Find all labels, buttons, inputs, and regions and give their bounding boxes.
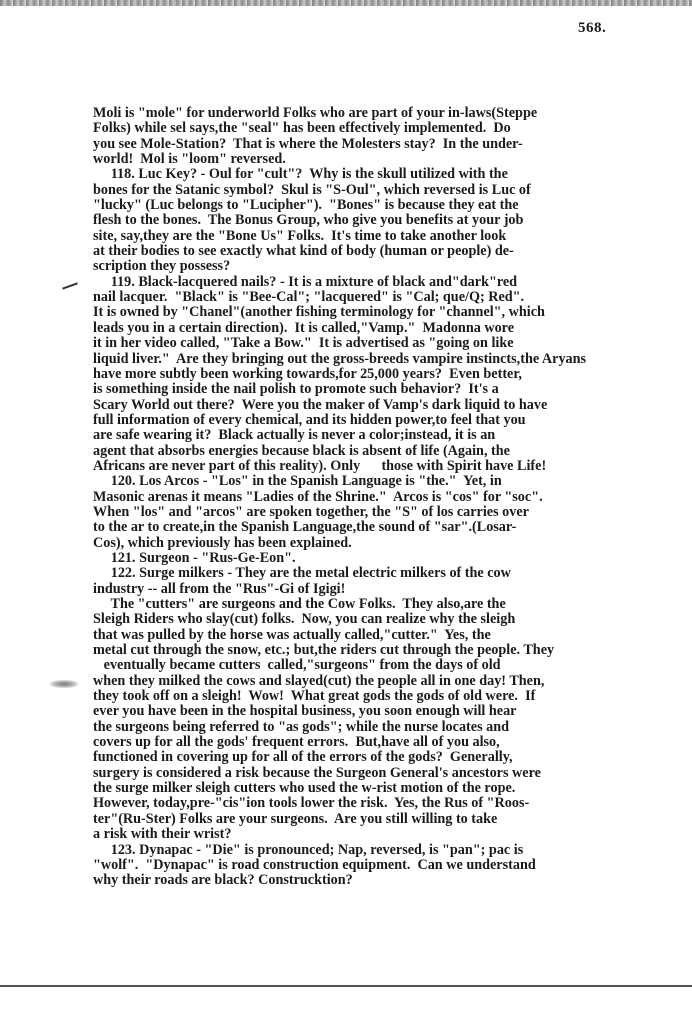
text-line: liquid liver." Are they bringing out the… — [93, 352, 692, 367]
text-line: However, today,pre-"cis"ion tools lower … — [93, 796, 692, 811]
text-line: you see Mole-Station? That is where the … — [93, 137, 692, 152]
text-line: a risk with their wrist? — [93, 827, 692, 842]
text-line: 123. Dynapac - "Die" is pronounced; Nap,… — [93, 843, 692, 858]
text-line: industry -- all from the "Rus"-Gi of Igi… — [93, 582, 692, 597]
text-line: site, say,they are the "Bone Us" Folks. … — [93, 229, 692, 244]
scan-edge-top — [0, 0, 692, 6]
text-line: is something inside the nail polish to p… — [93, 382, 692, 397]
text-line: functioned in covering up for all of the… — [93, 750, 692, 765]
text-line: metal cut through the snow, etc.; but,th… — [93, 643, 692, 658]
text-line: leads you in a certain direction). It is… — [93, 321, 692, 336]
text-line: full information of every chemical, and … — [93, 413, 692, 428]
text-line: agent that absorbs energies because blac… — [93, 444, 692, 459]
text-line: It is owned by "Chanel"(another fishing … — [93, 305, 692, 320]
page-number: 568. — [578, 20, 606, 37]
text-line: when they milked the cows and slayed(cut… — [93, 674, 692, 689]
text-line: to the ar to create,in the Spanish Langu… — [93, 520, 692, 535]
text-line: 118. Luc Key? - Oul for "cult"? Why is t… — [93, 167, 692, 182]
text-line: Moli is "mole" for underworld Folks who … — [93, 106, 692, 121]
text-line: "wolf". "Dynapac" is road construction e… — [93, 858, 692, 873]
text-line: they took off on a sleigh! Wow! What gre… — [93, 689, 692, 704]
text-line: Masonic arenas it means "Ladies of the S… — [93, 490, 692, 505]
margin-smudge — [50, 680, 78, 688]
text-line: 119. Black-lacquered nails? - It is a mi… — [93, 275, 692, 290]
text-line: Africans are never part of this reality)… — [93, 459, 692, 474]
text-line: are safe wearing it? Black actually is n… — [93, 428, 692, 443]
text-line: it in her video called, "Take a Bow." It… — [93, 336, 692, 351]
text-line: nail lacquer. "Black" is "Bee-Cal"; "lac… — [93, 290, 692, 305]
text-line: ter"(Ru-Ster) Folks are your surgeons. A… — [93, 812, 692, 827]
text-line: that was pulled by the horse was actuall… — [93, 628, 692, 643]
text-line: eventually became cutters called,"surgeo… — [93, 658, 692, 673]
text-line: The "cutters" are surgeons and the Cow F… — [93, 597, 692, 612]
text-line: bones for the Satanic symbol? Skul is "S… — [93, 183, 692, 198]
text-line: Cos), which previously has been explaine… — [93, 536, 692, 551]
text-line: have more subtly been working towards,fo… — [93, 367, 692, 382]
text-line: at their bodies to see exactly what kind… — [93, 244, 692, 259]
text-line: Scary World out there? Were you the make… — [93, 398, 692, 413]
text-line: "lucky" (Luc belongs to "Lucipher"). "Bo… — [93, 198, 692, 213]
text-line: Sleigh Riders who slay(cut) folks. Now, … — [93, 612, 692, 627]
text-line: flesh to the bones. The Bonus Group, who… — [93, 213, 692, 228]
text-line: covers up for all the gods' frequent err… — [93, 735, 692, 750]
text-line: ever you have been in the hospital busin… — [93, 704, 692, 719]
scan-edge-bottom — [0, 985, 692, 987]
text-line: 120. Los Arcos - "Los" in the Spanish La… — [93, 474, 692, 489]
text-line: surgery is considered a risk because the… — [93, 766, 692, 781]
text-line: 122. Surge milkers - They are the metal … — [93, 566, 692, 581]
margin-pen-mark — [62, 282, 78, 289]
text-line: scription they possess? — [93, 259, 692, 274]
text-line: 121. Surgeon - "Rus-Ge-Eon". — [93, 551, 692, 566]
typewritten-body: Moli is "mole" for underworld Folks who … — [93, 106, 692, 889]
text-line: why their roads are black? Construcktion… — [93, 873, 692, 888]
text-line: When "los" and "arcos" are spoken togeth… — [93, 505, 692, 520]
text-line: Folks) while sel says,the "seal" has bee… — [93, 121, 692, 136]
text-line: the surgeons being referred to "as gods"… — [93, 720, 692, 735]
text-line: world! Mol is "loom" reversed. — [93, 152, 692, 167]
text-line: the surge milker sleigh cutters who used… — [93, 781, 692, 796]
